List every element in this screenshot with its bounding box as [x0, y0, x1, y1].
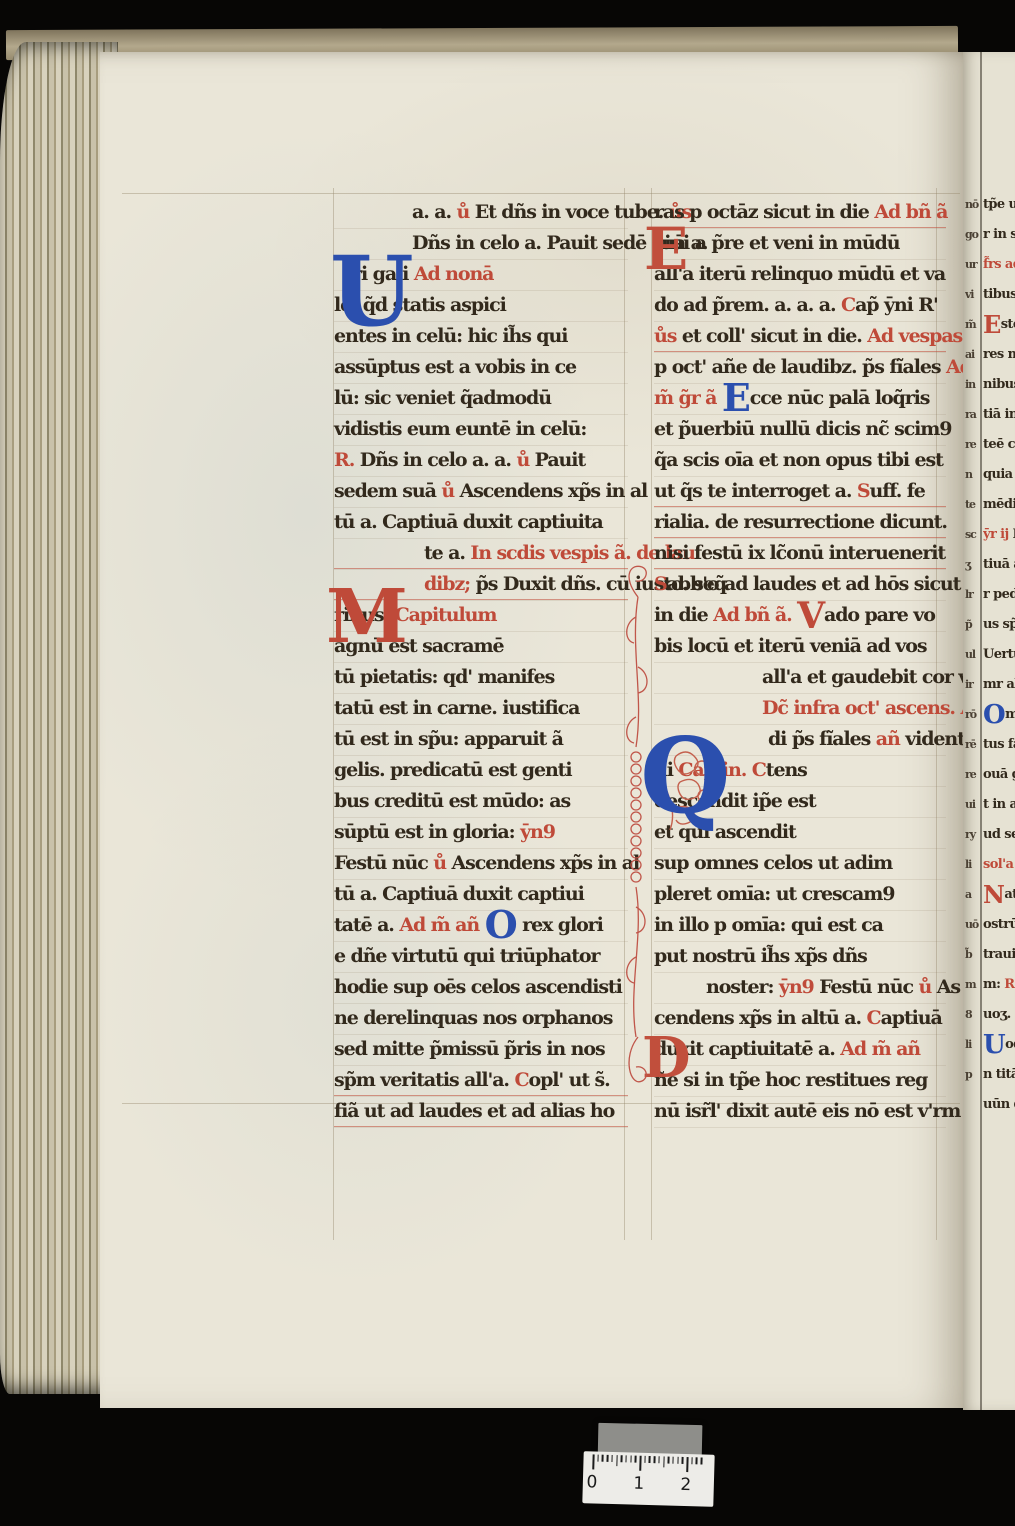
text-line: tiā in vc — [983, 400, 1015, 430]
text-segment: Festū nūc — [819, 976, 918, 998]
text-segment: assūptus est a vobis in ce — [334, 356, 576, 378]
text-segment: mīpotē — [1005, 707, 1015, 722]
text-segment: hodie sup oēs celos ascendisti — [334, 976, 622, 998]
text-line: quia m — [983, 460, 1015, 490]
text-segment: Festū nūc — [334, 852, 433, 874]
text-segment: sol'a ant p — [983, 857, 1015, 872]
text-segment: trauit m — [983, 947, 1015, 962]
text-segment: e dñe virtutū qui triūphator — [334, 945, 599, 967]
text-segment: tp̃e ud — [983, 197, 1015, 212]
text-segment: p oct' añe de laudibz. p̃s fĩales — [654, 356, 946, 378]
text-line: m: R Alml — [983, 970, 1015, 1000]
text-segment: C — [514, 1069, 528, 1091]
text-line: sol'a ant p — [983, 850, 1015, 880]
line-start-fragment: rō — [965, 700, 980, 730]
text-segment: ů — [456, 201, 474, 223]
text-segment: O — [983, 700, 1005, 730]
ruler-tick — [639, 1456, 641, 1471]
text-segment: O — [485, 902, 517, 947]
text-segment: a. a. — [412, 201, 456, 223]
illuminated-initial-exiui: E — [644, 220, 688, 278]
text-segment: Uertūñu — [983, 647, 1015, 662]
text-line: xiui a p̃re et veni in mūdū — [654, 229, 946, 260]
text-segment: ů — [516, 449, 534, 471]
text-line: vidistis eum euntē in celū: — [334, 415, 628, 446]
text-segment: q̃a scis oīa et non opus tibi est — [654, 449, 943, 471]
text-line: mēdiuū — [983, 490, 1015, 520]
text-line: Uertūñu — [983, 640, 1015, 670]
text-line: r pedimus — [983, 580, 1015, 610]
text-line: mr all'a. — [983, 670, 1015, 700]
text-line: sūptū est in gloria: ȳn9 — [334, 818, 628, 849]
text-line: e dñe virtutū qui triūphator — [334, 942, 628, 973]
text-segment: atemus — [1004, 887, 1015, 902]
line-start-fragment: 8 — [965, 1000, 980, 1030]
text-segment: Ad m̃ añ — [399, 914, 484, 936]
text-segment: rialia. de resurrectione dicunt. — [654, 511, 947, 533]
text-segment: rex glori — [517, 914, 603, 936]
line-start-fragment: ui — [965, 790, 980, 820]
text-line: et p̃uerbiū nullū dicis nc̃ scim9 — [654, 415, 946, 446]
text-line: gelis. predicatū est genti — [334, 756, 628, 787]
text-line: lū: sic veniet q̃admodū — [334, 384, 628, 415]
text-line: nū isr̃l' dixit autē eis nō est v'rm — [654, 1097, 946, 1128]
text-line: nisi festū ix lc̃onū interuenerit — [654, 539, 946, 570]
ruler-tick — [625, 1455, 627, 1462]
text-segment: opl' ut s̃. — [529, 1069, 610, 1091]
text-line: pleret omīa: ut crescam9 — [654, 880, 946, 911]
text-segment: ne derelinquas nos orphanos — [334, 1007, 612, 1029]
ruler-tick — [686, 1457, 688, 1472]
text-segment: ȳr ij — [983, 527, 1013, 542]
line-start-fragment: ur — [965, 250, 980, 280]
text-line: ůs et coll' sicut in die. Ad vespas — [654, 322, 946, 353]
text-segment: sup omnes celos ut adim — [654, 852, 892, 874]
text-line: nibus: f — [983, 370, 1015, 400]
text-line: tū pietatis: qd' manifes — [334, 663, 628, 694]
text-line: us sp̃m vñ — [983, 610, 1015, 640]
text-segment: teē couit — [983, 437, 1015, 452]
text-segment: tibus. cū — [983, 287, 1015, 302]
line-start-fragment: re — [965, 760, 980, 790]
text-segment: R — [1004, 977, 1015, 992]
text-column-left: U M a. a. ů Et dñs in voce tube. ůsDñs i… — [334, 198, 628, 1128]
text-segment: As — [937, 976, 960, 998]
text-line: ut q̃s te interroget a. Suff. fe — [654, 477, 946, 508]
text-segment: ouā gener — [983, 767, 1015, 782]
text-segment: vidistis eum euntē in celū: — [334, 418, 586, 440]
line-start-fragment: uō — [965, 910, 980, 940]
line-start-fragment: ʒ — [965, 550, 980, 580]
illuminated-initial-viri: U — [330, 244, 414, 340]
line-start-fragment: p — [965, 1060, 980, 1090]
ruler-tick — [691, 1457, 693, 1464]
text-segment: ůs — [654, 325, 682, 347]
text-segment: put nostrū ih̃s xp̃s dñs — [654, 945, 867, 967]
line-start-fragment: nō — [965, 190, 980, 220]
line-start-fragment: ul — [965, 640, 980, 670]
text-segment: r pedimus — [983, 587, 1015, 602]
text-line: tatū est in carne. iustifica — [334, 694, 628, 725]
ruler-tick — [630, 1455, 632, 1462]
ruler-tick — [611, 1455, 613, 1462]
text-column-right: E Q D ras p octāz sicut in die Ad bñ ãxi… — [654, 198, 946, 1128]
text-segment: ȳn9 — [779, 976, 819, 998]
text-line: in die Ad bñ ã. Vado pare vo — [654, 601, 946, 632]
text-segment: bus creditū est mūdo: as — [334, 790, 570, 812]
text-segment: tatē a. — [334, 914, 399, 936]
text-line: hodie sup oēs celos ascendisti — [334, 973, 628, 1004]
text-segment: f̃rs ad m — [983, 257, 1015, 272]
text-line: do ad p̃rem. a. a. a. Cap̃ ȳni R' — [654, 291, 946, 322]
text-segment: tus fac nos — [983, 737, 1015, 752]
text-line: a. a. ů Et dñs in voce tube. ůs — [334, 198, 628, 229]
text-line: tū est in sp̃u: apparuit ã — [334, 725, 628, 756]
line-start-fragment: ra — [965, 400, 980, 430]
scale-ruler: 0 1 2 — [582, 1451, 714, 1507]
text-line: ȳr ij Dūs — [983, 520, 1015, 550]
text-segment: all'a iterū relinquo mūdū et va — [654, 263, 945, 285]
text-line: R. Dñs in celo a. a. ů Pauit — [334, 446, 628, 477]
line-start-fragment: ry — [965, 820, 980, 850]
text-line: sed mitte p̃missū p̃ris in nos — [334, 1035, 628, 1066]
text-line: teē couit — [983, 430, 1015, 460]
line-start-fragment: ai — [965, 340, 980, 370]
text-segment: aptiuā — [881, 1007, 942, 1029]
ruler-tick — [668, 1457, 670, 1464]
text-segment: bis locū et iterū veniā ad vos — [654, 635, 926, 657]
line-start-fragment: p̃ — [965, 610, 980, 640]
text-segment: gelis. predicatū est genti — [334, 759, 571, 781]
ruler-tick — [649, 1456, 651, 1463]
text-segment: quia m — [983, 467, 1015, 482]
text-segment: U — [983, 1030, 1005, 1060]
ruler-tick — [654, 1456, 656, 1463]
line-start-fragment: ir — [965, 670, 980, 700]
line-start-fragment: rē — [965, 730, 980, 760]
text-segment: uff. fe — [870, 480, 925, 502]
text-segment: Ad bñ ã. — [713, 604, 797, 626]
text-segment: tiā in vc — [983, 407, 1015, 422]
text-segment: Ascendens xp̃s in al — [452, 852, 640, 874]
ruler-tick — [607, 1455, 609, 1462]
text-segment: ȳn9 — [520, 821, 555, 843]
line-start-fragment: in — [965, 370, 980, 400]
text-segment: mr all'a. — [983, 677, 1015, 692]
text-segment: nibus: f — [983, 377, 1015, 392]
ruler-tick — [597, 1455, 599, 1462]
illuminated-initial-magnum: M — [326, 580, 408, 654]
text-segment: et coll' sicut in die. — [682, 325, 867, 347]
text-segment: nisi festū ix lc̃onū interuenerit — [654, 542, 945, 564]
text-segment: sed mitte p̃missū p̃ris in nos — [334, 1038, 605, 1060]
next-page-edge: nōgourvim̃aiinrarentescʒlrp̃ulirrōrēreui… — [963, 52, 1015, 1410]
text-segment: ut q̃s te interroget a. — [654, 480, 857, 502]
manuscript-page-verso: U M a. a. ů Et dñs in voce tube. ůsDñs i… — [100, 52, 963, 1408]
text-segment: N — [983, 880, 1004, 909]
text-segment: Ad nonā — [414, 263, 494, 285]
text-segment: noster: — [706, 976, 779, 998]
text-line: rialia. de resurrectione dicunt. — [654, 508, 946, 539]
text-segment: et p̃uerbiū nullū dicis nc̃ scim9 — [654, 418, 951, 440]
text-line: q̃a scis oīa et non opus tibi est — [654, 446, 946, 477]
line-start-fragment: m̃ — [965, 310, 980, 340]
line-start-fragment: go — [965, 220, 980, 250]
text-segment: stor — [1001, 317, 1015, 332]
text-segment: do ad p̃rem. a. a. a. — [654, 294, 841, 316]
text-segment: R. — [334, 449, 360, 471]
text-segment: Capitulum — [395, 604, 497, 626]
text-line: ud seruit: — [983, 820, 1015, 850]
ruler-label-2: 2 — [679, 1475, 694, 1495]
text-segment: m̃ g̃r ã — [654, 387, 722, 409]
text-line: uoʒ. Coll' q̃ — [983, 1000, 1015, 1030]
manuscript-photo: U M a. a. ů Et dñs in voce tube. ůsDñs i… — [0, 0, 1015, 1526]
penwork-vine-flourish — [616, 557, 656, 1102]
text-line: in illo p omīa: qui est ca — [654, 911, 946, 942]
text-segment: C — [867, 1007, 881, 1029]
line-start-fragment: n — [965, 460, 980, 490]
line-start-fragment: sc — [965, 520, 980, 550]
ruler-ticks — [592, 1454, 710, 1474]
ruler-tick — [682, 1457, 684, 1464]
text-line: tatē a. Ad m̃ añ O rex glori — [334, 911, 628, 942]
text-segment: in illo p omīa: qui est ca — [654, 914, 883, 936]
text-segment: tū a. Captiuā duxit captiui — [334, 883, 584, 905]
text-segment: C — [841, 294, 855, 316]
text-segment: abb'o ad laudes et ad hōs sicut — [667, 573, 961, 595]
text-line: ostrū me — [983, 910, 1015, 940]
text-segment: in die — [654, 604, 713, 626]
text-segment: tens — [766, 759, 807, 781]
text-segment: tū a. Captiuā duxit captiuita — [334, 511, 603, 533]
line-start-fragment: m — [965, 970, 980, 1000]
text-segment: ado pare vo — [824, 604, 935, 626]
text-line: noster: ȳn9 Festū nūc ů As — [654, 973, 946, 1004]
text-segment: fiã ut ad laudes et ad alias ho — [334, 1100, 614, 1122]
ruler-tick — [602, 1455, 604, 1462]
line-start-fragment: li — [965, 1030, 980, 1060]
text-line: trauit m — [983, 940, 1015, 970]
ruler-label-0: 0 — [585, 1472, 600, 1492]
text-line: Festū nūc ů Ascendens xp̃s in al — [334, 849, 628, 880]
text-segment: Ad bñ ã — [874, 201, 947, 223]
ruler-tick — [677, 1457, 679, 1464]
text-line: put nostrū ih̃s xp̃s dñs — [654, 942, 946, 973]
text-line: Omīpotē — [983, 700, 1015, 730]
text-segment: us sp̃m vñ — [983, 617, 1015, 632]
text-line: sup omnes celos ut adim — [654, 849, 946, 880]
text-segment: E — [722, 375, 750, 420]
text-segment: sp̃m veritatis all'a. — [334, 1069, 514, 1091]
text-segment: Pauit — [535, 449, 585, 471]
text-line: cendens xp̃s in altū a. Captiuā — [654, 1004, 946, 1035]
line-start-fragment: lr — [965, 580, 980, 610]
text-segment: Dñs in celo a. a. — [360, 449, 517, 471]
text-line: tū a. Captiuā duxit captiuita — [334, 508, 628, 539]
text-line: Uodumus — [983, 1030, 1015, 1060]
text-segment: cce nūc palā loq̃ris — [750, 387, 930, 409]
text-segment: ostrū me — [983, 917, 1015, 932]
text-segment: te a. — [424, 542, 470, 564]
text-line: p oct' añe de laudibz. p̃s fĩales Ad — [654, 353, 946, 384]
text-segment: sedem suā — [334, 480, 441, 502]
text-segment: tiuā a. — [983, 557, 1015, 572]
text-line: res m — [983, 340, 1015, 370]
text-line: ouā gener — [983, 760, 1015, 790]
text-line: ras p octāz sicut in die Ad bñ ã — [654, 198, 946, 229]
text-segment: ud seruit: — [983, 827, 1015, 842]
next-page-text-fragments: tp̃e udr in suaf̃rs ad mtibus. cūEstorre… — [983, 190, 1015, 1120]
text-line: sedem suā ů Ascendens xp̃s in al — [334, 477, 628, 508]
text-segment: res m — [983, 347, 1015, 362]
text-line: fiã ut ad laudes et ad alias ho — [334, 1097, 628, 1128]
text-line: bis locū et iterū veniā ad vos — [654, 632, 946, 663]
text-line: t in auctore — [983, 790, 1015, 820]
text-line: tiuā a. Ad — [983, 550, 1015, 580]
text-segment: mēdiuū — [983, 497, 1015, 512]
text-segment: ñe si in tp̃e hoc restitues reg — [654, 1069, 927, 1091]
text-segment: añ — [876, 728, 905, 750]
text-segment: nū isr̃l' dixit autē eis nō est v'rm — [654, 1100, 960, 1122]
text-segment: E — [983, 310, 1001, 339]
text-line: bus creditū est mūdo: as — [334, 787, 628, 818]
text-segment: uoʒ. — [983, 1007, 1015, 1022]
text-segment: lū: sic veniet q̃admodū — [334, 387, 551, 409]
line-start-fragment: vi — [965, 280, 980, 310]
text-segment: ů — [918, 976, 936, 998]
line-start-fragment: b̃ — [965, 940, 980, 970]
text-segment: S — [857, 480, 870, 502]
line-start-fragment: te — [965, 490, 980, 520]
text-line: n titā v — [983, 1060, 1015, 1090]
text-line: tus fac nos — [983, 730, 1015, 760]
text-segment: tū est in sp̃u: apparuit ã — [334, 728, 563, 750]
text-line: sp̃m veritatis all'a. Copl' ut s̃. — [334, 1066, 628, 1097]
text-segment: ů — [433, 852, 451, 874]
line-start-fragment: a — [965, 880, 980, 910]
text-line: ñe si in tp̃e hoc restitues reg — [654, 1066, 946, 1097]
text-segment: ů — [441, 480, 459, 502]
text-segment: Ascendens xp̃s in al — [460, 480, 648, 502]
text-line: uūn d — [983, 1090, 1015, 1120]
text-line: m̃ g̃r ã Ecce nūc palā loq̃ris — [654, 384, 946, 415]
text-line: duxit captiuitatē a. Ad m̃ añ — [654, 1035, 946, 1066]
text-line: all'a et gaudebit cor v'rm a. a. — [654, 663, 946, 694]
text-line: tū a. Captiuā duxit captiui — [334, 880, 628, 911]
ruler-tick — [592, 1454, 594, 1469]
text-line: f̃rs ad m — [983, 250, 1015, 280]
ruling-line-top — [122, 193, 960, 194]
next-page-line-starts: nōgourvim̃aiinrarentescʒlrp̃ulirrōrēreui… — [965, 190, 980, 1090]
text-segment: tū pietatis: qd' manifes — [334, 666, 554, 688]
text-line: te a. In scdis vespis ã. de lau — [334, 539, 628, 570]
line-start-fragment: re — [965, 430, 980, 460]
text-segment: di p̃s fĩales — [768, 728, 876, 750]
text-segment: xiui a p̃re et veni in mūdū — [654, 232, 899, 254]
text-line: tibus. cū — [983, 280, 1015, 310]
text-segment: odumus — [1005, 1037, 1015, 1052]
text-segment: tatū est in carne. iustifica — [334, 697, 579, 719]
text-segment: Ad m̃ añ — [840, 1038, 920, 1060]
text-line: assūptus est a vobis in ce — [334, 353, 628, 384]
ruler-tick — [696, 1457, 698, 1464]
text-segment: t in auctore — [983, 797, 1015, 812]
ruler-tick — [616, 1455, 618, 1466]
ruler-tick — [644, 1456, 646, 1463]
text-line: all'a iterū relinquo mūdū et va — [654, 260, 946, 291]
ruler-tick — [658, 1456, 660, 1463]
text-segment: V — [797, 595, 824, 637]
ruler-tick — [701, 1457, 703, 1464]
page-fold-line — [980, 52, 982, 1410]
text-line: r in sua — [983, 220, 1015, 250]
ruler-tick — [663, 1456, 665, 1467]
text-segment: pleret omīa: ut crescam9 — [654, 883, 894, 905]
text-segment: uūn d — [983, 1097, 1015, 1112]
ruler-label-1: 1 — [632, 1474, 647, 1494]
ruler-tick — [621, 1455, 623, 1462]
text-segment: Et dñs in voce tube. — [475, 201, 669, 223]
text-segment: m: — [983, 977, 1004, 992]
text-line: Estor — [983, 310, 1015, 340]
text-segment: Ad vespas — [867, 325, 962, 347]
ruler-tick — [635, 1456, 637, 1463]
text-segment: sūptū est in gloria: — [334, 821, 520, 843]
text-line: Natemus — [983, 880, 1015, 910]
line-start-fragment: li — [965, 850, 980, 880]
text-segment: r in sua — [983, 227, 1015, 242]
text-segment: C — [752, 759, 766, 781]
text-line: tp̃e ud — [983, 190, 1015, 220]
text-line: ne derelinquas nos orphanos — [334, 1004, 628, 1035]
text-segment: ap̃ ȳni R' — [855, 294, 938, 316]
text-segment: n titā v — [983, 1067, 1015, 1082]
ruler-tick — [672, 1457, 674, 1464]
text-segment: dibz; — [424, 573, 476, 595]
